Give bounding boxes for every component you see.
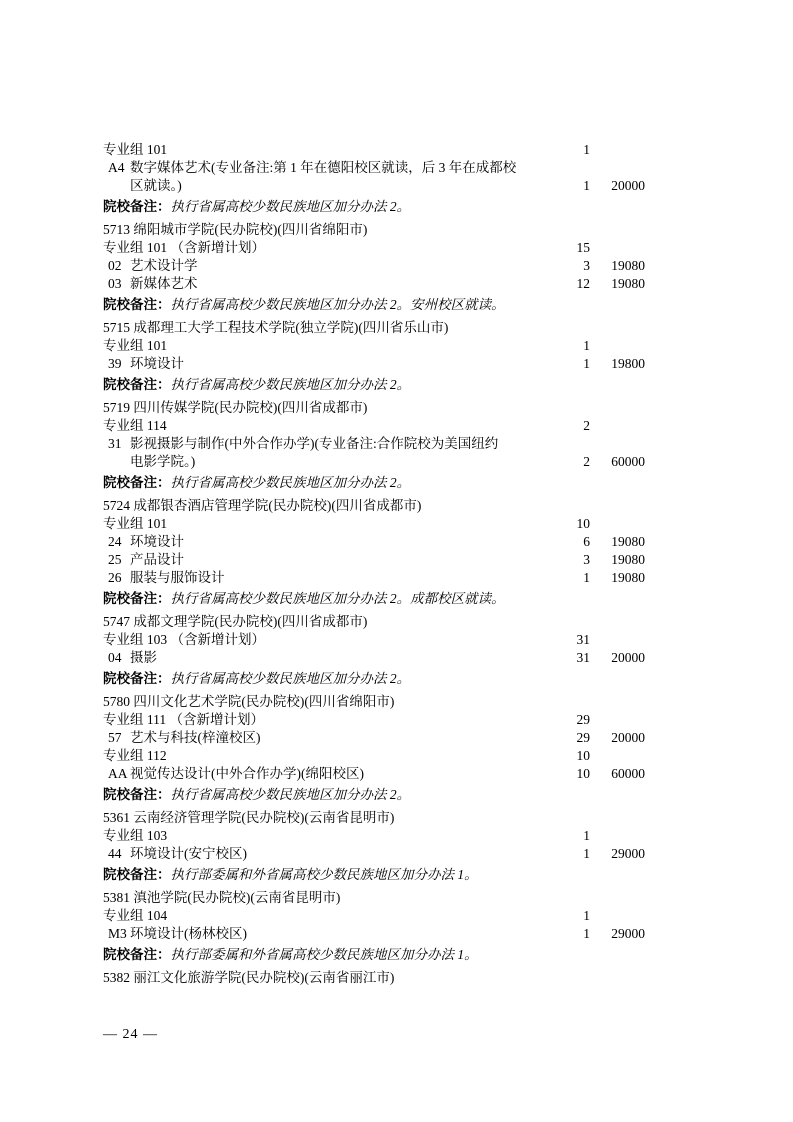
- group-label: 专业组 103: [103, 828, 167, 843]
- major-row: 02艺术设计学319080: [103, 257, 645, 275]
- institution-row: 5724 成都银杏酒店管理学院(民办院校)(四川省成都市): [103, 497, 645, 515]
- group-row: 专业组 103 （含新增计划）31: [103, 631, 645, 649]
- tuition-fee-value: 60000: [595, 765, 645, 783]
- remark-row: 院校备注：执行部委属和外省属高校少数民族地区加分办法 1。: [103, 866, 645, 884]
- remark-label: 院校备注：: [103, 787, 171, 802]
- remark-row: 院校备注：执行省属高校少数民族地区加分办法 2。: [103, 198, 645, 216]
- remark-label: 院校备注：: [103, 947, 171, 962]
- tuition-fee-value: 19080: [595, 569, 645, 587]
- major-row: AA视觉传达设计(中外合作办学)(绵阳校区)1060000: [103, 765, 645, 783]
- major-row: 31影视摄影与制作(中外合作办学)(专业备注:合作院校为美国纽约 电影学院。)2…: [103, 435, 645, 471]
- institution-section: 5719 四川传媒学院(民办院校)(四川省成都市)专业组 114231影视摄影与…: [103, 399, 645, 492]
- institution-section: 5724 成都银杏酒店管理学院(民办院校)(四川省成都市)专业组 1011024…: [103, 497, 645, 608]
- group-label: 专业组 101 （含新增计划）: [103, 240, 265, 255]
- tuition-fee-value: 19080: [595, 533, 645, 551]
- major-code: 04: [108, 649, 130, 667]
- plan-count-value: 2: [520, 453, 590, 471]
- group-row: 专业组 111 （含新增计划）29: [103, 711, 645, 729]
- tuition-fee-value: 19080: [595, 551, 645, 569]
- remark-row: 院校备注：执行部委属和外省属高校少数民族地区加分办法 1。: [103, 946, 645, 964]
- plan-count-value: 31: [520, 649, 590, 667]
- remark-text: 执行省属高校少数民族地区加分办法 2。: [171, 787, 411, 802]
- tuition-fee-value: 29000: [595, 925, 645, 943]
- major-row: 04摄影3120000: [103, 649, 645, 667]
- major-row: 25产品设计319080: [103, 551, 645, 569]
- remark-text: 执行省属高校少数民族地区加分办法 2。: [171, 671, 411, 686]
- major-code: 02: [108, 257, 130, 275]
- institution-row: 5381 滇池学院(民办院校)(云南省昆明市): [103, 889, 645, 907]
- major-code: 03: [108, 275, 130, 293]
- institution-section: 5747 成都文理学院(民办院校)(四川省成都市)专业组 103 （含新增计划）…: [103, 613, 645, 688]
- major-code: 57: [108, 729, 130, 747]
- tuition-fee-value: 60000: [595, 453, 645, 471]
- major-row: A4数字媒体艺术(专业备注:第 1 年在德阳校区就读，后 3 年在成都校 区就读…: [103, 159, 645, 195]
- plan-count-value: 1: [520, 845, 590, 863]
- group-row: 专业组 1011: [103, 141, 645, 159]
- institution-row: 5713 绵阳城市学院(民办院校)(四川省绵阳市): [103, 221, 645, 239]
- major-code: M3: [108, 925, 130, 943]
- group-label: 专业组 101: [103, 516, 167, 531]
- plan-count-value: 1: [520, 569, 590, 587]
- major-row: 57艺术与科技(梓潼校区)2920000: [103, 729, 645, 747]
- group-label: 专业组 112: [103, 748, 167, 763]
- institution-section: 5713 绵阳城市学院(民办院校)(四川省绵阳市)专业组 101 （含新增计划）…: [103, 221, 645, 314]
- remark-label: 院校备注：: [103, 377, 171, 392]
- plan-count-value: 29: [520, 711, 590, 729]
- group-row: 专业组 1011: [103, 337, 645, 355]
- plan-count-value: 1: [520, 925, 590, 943]
- plan-count-value: 3: [520, 551, 590, 569]
- remark-text: 执行省属高校少数民族地区加分办法 2。: [171, 475, 411, 490]
- institution-row: 5715 成都理工大学工程技术学院(独立学院)(四川省乐山市): [103, 319, 645, 337]
- remark-row: 院校备注：执行省属高校少数民族地区加分办法 2。安州校区就读。: [103, 296, 645, 314]
- tuition-fee-value: 29000: [595, 845, 645, 863]
- tuition-fee-value: 19080: [595, 257, 645, 275]
- major-code: A4: [108, 159, 130, 177]
- remark-row: 院校备注：执行省属高校少数民族地区加分办法 2。: [103, 376, 645, 394]
- group-label: 专业组 103 （含新增计划）: [103, 632, 265, 647]
- major-row: M3环境设计(杨林校区)129000: [103, 925, 645, 943]
- remark-text: 执行部委属和外省属高校少数民族地区加分办法 1。: [171, 867, 478, 882]
- remark-text: 执行省属高校少数民族地区加分办法 2。: [171, 199, 411, 214]
- document-page: 专业组 1011A4数字媒体艺术(专业备注:第 1 年在德阳校区就读，后 3 年…: [0, 0, 793, 1122]
- major-row: 44环境设计(安宁校区)129000: [103, 845, 645, 863]
- remark-row: 院校备注：执行省属高校少数民族地区加分办法 2。: [103, 474, 645, 492]
- group-label: 专业组 101: [103, 338, 167, 353]
- major-code: 25: [108, 551, 130, 569]
- major-code: 39: [108, 355, 130, 373]
- institution-section: 5382 丽江文化旅游学院(民办院校)(云南省丽江市): [103, 969, 645, 987]
- plan-count-value: 29: [520, 729, 590, 747]
- group-row: 专业组 11210: [103, 747, 645, 765]
- institution-section: 5361 云南经济管理学院(民办院校)(云南省昆明市)专业组 103144环境设…: [103, 809, 645, 884]
- major-row: 03新媒体艺术1219080: [103, 275, 645, 293]
- group-label: 专业组 114: [103, 418, 167, 433]
- plan-count-value: 1: [520, 827, 590, 845]
- remark-row: 院校备注：执行省属高校少数民族地区加分办法 2。: [103, 786, 645, 804]
- institution-section: 5715 成都理工大学工程技术学院(独立学院)(四川省乐山市)专业组 10113…: [103, 319, 645, 394]
- group-row: 专业组 1041: [103, 907, 645, 925]
- plan-count-value: 10: [520, 765, 590, 783]
- plan-count-value: 15: [520, 239, 590, 257]
- major-row: 26服装与服饰设计119080: [103, 569, 645, 587]
- major-row: 24环境设计619080: [103, 533, 645, 551]
- group-row: 专业组 101 （含新增计划）15: [103, 239, 645, 257]
- page-number: — 24 —: [103, 1026, 158, 1044]
- major-code: 24: [108, 533, 130, 551]
- remark-text: 执行省属高校少数民族地区加分办法 2。安州校区就读。: [171, 297, 505, 312]
- plan-count-value: 1: [520, 177, 590, 195]
- remark-label: 院校备注：: [103, 297, 171, 312]
- plan-count-value: 2: [520, 417, 590, 435]
- remark-label: 院校备注：: [103, 475, 171, 490]
- major-code: 31: [108, 435, 130, 453]
- major-code: 26: [108, 569, 130, 587]
- group-row: 专业组 10110: [103, 515, 645, 533]
- plan-count-value: 1: [520, 141, 590, 159]
- remark-label: 院校备注：: [103, 867, 171, 882]
- institution-row: 5719 四川传媒学院(民办院校)(四川省成都市): [103, 399, 645, 417]
- remark-row: 院校备注：执行省属高校少数民族地区加分办法 2。: [103, 670, 645, 688]
- remark-text: 执行省属高校少数民族地区加分办法 2。: [171, 377, 411, 392]
- remark-row: 院校备注：执行省属高校少数民族地区加分办法 2。成都校区就读。: [103, 590, 645, 608]
- tuition-fee-value: 19800: [595, 355, 645, 373]
- group-row: 专业组 1031: [103, 827, 645, 845]
- tuition-fee-value: 20000: [595, 729, 645, 747]
- major-code: 44: [108, 845, 130, 863]
- remark-label: 院校备注：: [103, 671, 171, 686]
- tuition-fee-value: 20000: [595, 649, 645, 667]
- remark-label: 院校备注：: [103, 199, 171, 214]
- institution-row: 5780 四川文化艺术学院(民办院校)(四川省绵阳市): [103, 693, 645, 711]
- institution-section: 5780 四川文化艺术学院(民办院校)(四川省绵阳市)专业组 111 （含新增计…: [103, 693, 645, 804]
- major-row: 39环境设计119800: [103, 355, 645, 373]
- group-label: 专业组 101: [103, 142, 167, 157]
- group-row: 专业组 1142: [103, 417, 645, 435]
- institution-row: 5361 云南经济管理学院(民办院校)(云南省昆明市): [103, 809, 645, 827]
- group-label: 专业组 104: [103, 908, 167, 923]
- major-code: AA: [108, 765, 130, 783]
- remark-text: 执行省属高校少数民族地区加分办法 2。成都校区就读。: [171, 591, 505, 606]
- group-label: 专业组 111 （含新增计划）: [103, 712, 264, 727]
- plan-count-value: 1: [520, 355, 590, 373]
- plan-count-value: 31: [520, 631, 590, 649]
- tuition-fee-value: 20000: [595, 177, 645, 195]
- remark-label: 院校备注：: [103, 591, 171, 606]
- plan-count-value: 6: [520, 533, 590, 551]
- plan-count-value: 1: [520, 907, 590, 925]
- plan-count-value: 3: [520, 257, 590, 275]
- plan-count-value: 12: [520, 275, 590, 293]
- plan-count-value: 10: [520, 515, 590, 533]
- institution-row: 5747 成都文理学院(民办院校)(四川省成都市): [103, 613, 645, 631]
- institution-section: 5381 滇池学院(民办院校)(云南省昆明市)专业组 1041M3环境设计(杨林…: [103, 889, 645, 964]
- tuition-fee-value: 19080: [595, 275, 645, 293]
- admission-list: 专业组 1011A4数字媒体艺术(专业备注:第 1 年在德阳校区就读，后 3 年…: [103, 141, 645, 987]
- institution-section: 专业组 1011A4数字媒体艺术(专业备注:第 1 年在德阳校区就读，后 3 年…: [103, 141, 645, 216]
- plan-count-value: 10: [520, 747, 590, 765]
- institution-row: 5382 丽江文化旅游学院(民办院校)(云南省丽江市): [103, 969, 645, 987]
- remark-text: 执行部委属和外省属高校少数民族地区加分办法 1。: [171, 947, 478, 962]
- plan-count-value: 1: [520, 337, 590, 355]
